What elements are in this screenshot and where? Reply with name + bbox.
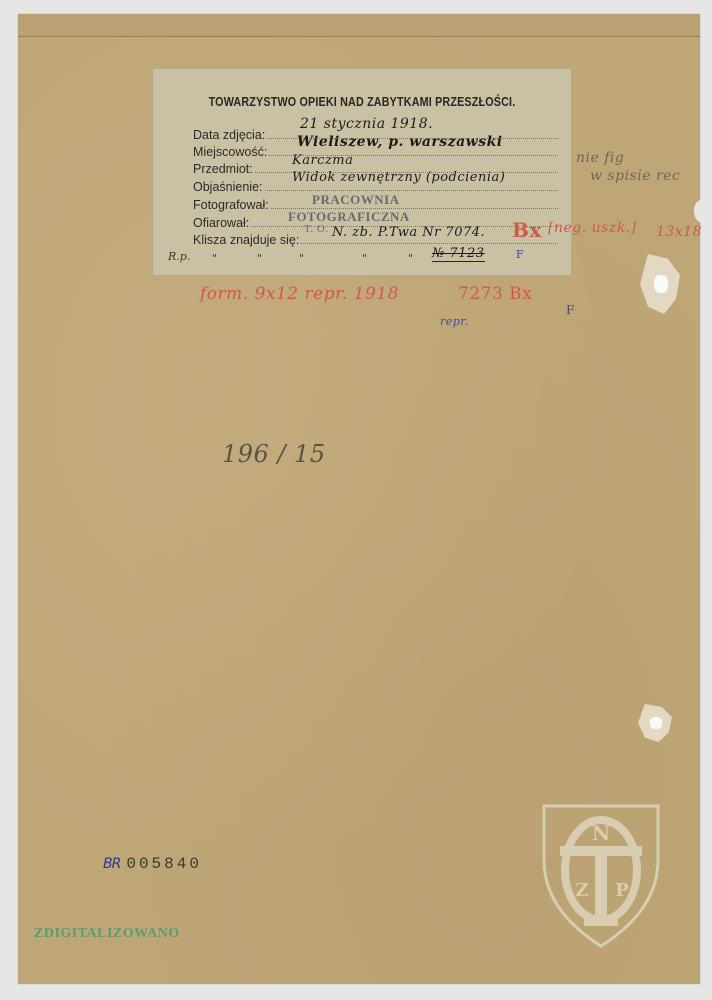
ditto-mark: " [362, 252, 367, 265]
rp-number: № 7123 [432, 246, 485, 262]
value-place: Wieliszew, p. warszawski [297, 134, 503, 150]
field-label: Miejscowość: [193, 145, 267, 159]
ditto-mark: " [212, 252, 217, 265]
pencil-signature: 196 / 15 [222, 440, 326, 468]
inventory-digits: 005840 [126, 855, 202, 873]
ditto-mark: " [408, 252, 413, 265]
top-fold-edge [18, 14, 700, 37]
value-negative-location: N. zb. P.Twa Nr 7074. [332, 225, 485, 240]
value-description: Widok zewnętrzny (podcienia) [292, 170, 505, 185]
pencil-note-line2: w spisie rec [590, 168, 680, 184]
tonzp-emblem-icon: N Z P [540, 800, 662, 950]
field-label: Klisza znajduje się: [193, 233, 299, 247]
emblem-letter-p: P [615, 880, 629, 901]
ditto-mark: " [299, 252, 304, 265]
digitized-stamp: ZDIGITALIZOWANO [34, 926, 180, 942]
ditto-mark: " [257, 252, 262, 265]
pencil-f-mark: F [566, 303, 575, 317]
field-label: Objaśnienie: [193, 180, 263, 194]
value-date: 21 stycznia 1918. [300, 116, 433, 132]
field-label: Przedmiot: [193, 162, 253, 176]
rp-prefix: R.p. [168, 250, 190, 263]
inventory-number: BR005840 [103, 855, 202, 873]
red-format-note: form. 9x12 repr. 1918 [200, 284, 399, 304]
red-number: 7273 Bx [458, 284, 532, 304]
emblem-letter-n: N [592, 821, 610, 845]
stamp-pracownia: PRACOWNIA [312, 192, 400, 208]
value-subject: Karczma [292, 153, 353, 168]
label-title: TOWARZYSTWO OPIEKI NAD ZABYTKAMI PRZESZŁ… [181, 95, 542, 109]
pencil-note-line1: nie fig [576, 150, 624, 166]
red-size-note: 13x18 [656, 224, 702, 240]
field-label: Fotografował: [193, 198, 269, 212]
stamp-to: T. O. [304, 223, 329, 235]
emblem-letter-z: Z [575, 880, 588, 901]
catalog-label: TOWARZYSTWO OPIEKI NAD ZABYTKAMI PRZESZŁ… [152, 68, 572, 276]
rp-mark-f: F [516, 248, 524, 261]
red-bracket-note: [neg. uszk.] [548, 220, 637, 236]
field-label: Data zdjęcia: [193, 128, 265, 142]
blue-repr-note: repr. [440, 315, 469, 328]
field-label: Ofiarował: [193, 216, 249, 230]
inventory-prefix: BR [103, 856, 120, 872]
red-b-mark: Bx [512, 218, 542, 242]
edge-notch [694, 200, 708, 222]
